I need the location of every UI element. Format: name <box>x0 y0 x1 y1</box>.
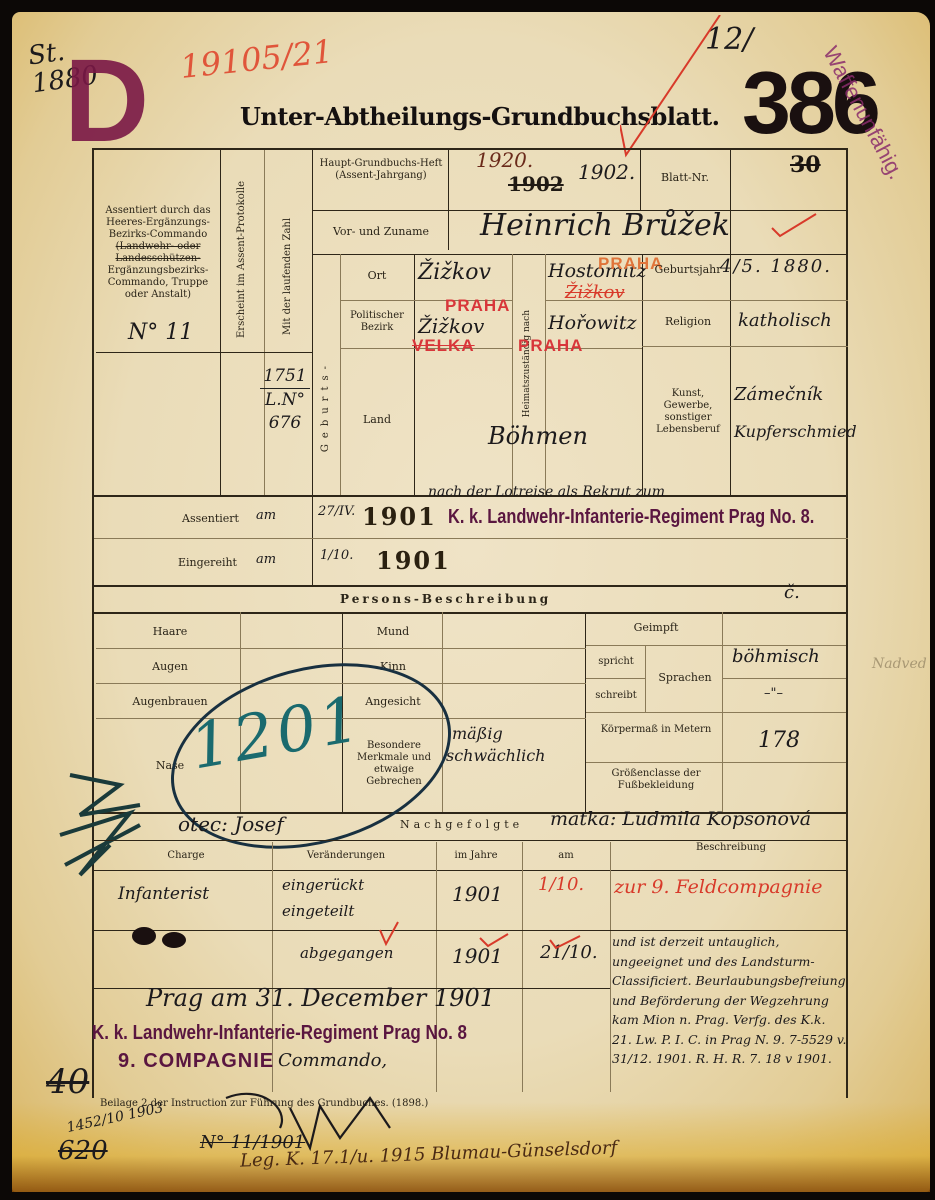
beruf-label: Kunst, Gewerbe, sonstiger Lebensberuf <box>648 388 728 436</box>
nachgefolgte-label: Nachgefolgte <box>400 818 523 831</box>
header-beschreibung: Beschreibung <box>616 842 846 854</box>
divider <box>94 612 848 614</box>
otec-note: otec: Josef <box>178 812 284 836</box>
header-veraenderungen: Veränderungen <box>271 850 421 862</box>
divider <box>545 254 546 496</box>
divider <box>414 254 415 496</box>
blatt-nr-value: 30 <box>790 152 821 178</box>
table-left-border <box>92 148 94 1098</box>
koerpermass-value: 178 <box>758 728 800 753</box>
divider <box>586 762 846 763</box>
ink-blot <box>130 924 190 952</box>
sprachen-value-2: –"– <box>764 686 783 701</box>
religion-value: katholisch <box>738 310 832 331</box>
divider <box>436 842 437 1092</box>
value-line: 1751 <box>260 365 310 388</box>
row1-jahr: 1901 <box>452 882 503 906</box>
divider <box>586 712 846 713</box>
divider <box>96 352 312 353</box>
margin-note: Nadved <box>872 656 927 672</box>
eingereiht-label: Eingereiht <box>178 556 237 569</box>
sprachen-label: Sprachen <box>648 672 722 684</box>
beschreibung-title: Persons-Beschreibung <box>340 592 551 606</box>
heimat-ort-struck: Žižkov <box>565 282 625 303</box>
header-am: am <box>526 850 606 862</box>
assentiert-am: am <box>256 508 276 523</box>
red-checks-row2 <box>370 916 630 956</box>
name-label: Vor- und Zuname <box>318 226 444 238</box>
merkmale-value-2: schwächlich <box>446 746 545 765</box>
heimat-bezirk-stamp: PRAHA <box>518 336 583 356</box>
company-stamp-hand: Commando, <box>278 1050 387 1071</box>
land-label: Land <box>344 414 410 426</box>
label-text: Ergänzungsbezirks-Commando, Truppe oder … <box>108 265 209 300</box>
divider <box>586 678 646 679</box>
left-note-3: 620 <box>58 1136 108 1166</box>
augen-label: Augen <box>100 661 240 673</box>
schreibt-label: schreibt <box>588 690 644 702</box>
divider <box>730 210 731 496</box>
assentiert-stamp: K. k. Landwehr-Infanterie-Regiment Prag … <box>448 506 814 529</box>
red-check-name <box>770 210 820 244</box>
company-stamp-line1: K. k. Landwehr-Infanterie-Regiment Prag … <box>92 1022 467 1045</box>
divider <box>640 150 641 210</box>
haare-label: Haare <box>100 626 240 638</box>
land-value: Böhmen <box>488 422 588 450</box>
bezirk-value: Žižkov <box>418 314 484 338</box>
eingereiht-date: 1/10. <box>320 548 353 563</box>
divider <box>96 648 586 649</box>
divider <box>220 150 221 495</box>
d-stamp: D <box>64 42 140 160</box>
religion-label: Religion <box>648 316 728 328</box>
bezirk-label: Politischer Bezirk <box>344 310 410 334</box>
laufende-zahl-label: Mit der laufenden Zahl <box>282 185 293 335</box>
row1-beschreibung: zur 9. Feldcompagnie <box>614 876 822 898</box>
ort-value: Žižkov <box>418 260 491 285</box>
divider <box>522 842 523 1092</box>
company-stamp-line2: 9. COMPAGNIE <box>118 1050 274 1073</box>
divider <box>94 585 848 587</box>
heimat-label: Heimatszuständig nach <box>522 310 532 417</box>
hauptgrundbuch-hand-value: 1902. <box>578 160 635 184</box>
assentiert-year: 1901 <box>362 502 437 531</box>
divider <box>94 840 848 841</box>
row1-am: 1/10. <box>538 874 584 895</box>
heimat-bezirk-value: Hořowitz <box>548 312 637 334</box>
divider <box>340 254 341 496</box>
table-top-border <box>92 148 848 150</box>
divider <box>312 254 848 255</box>
divider <box>645 646 646 712</box>
value-line: 676 <box>260 412 310 435</box>
spricht-label: spricht <box>588 656 644 668</box>
header-jahr: im Jahre <box>436 850 516 862</box>
divider <box>642 254 643 496</box>
geburts-label: Geburts- <box>320 360 331 452</box>
assentiert-note: nach der Lotreise als Rekrut zum <box>428 484 665 500</box>
divider <box>94 538 848 539</box>
divider <box>642 300 848 301</box>
koerpermass-label: Körpermaß in Metern <box>590 724 722 736</box>
hauptgrundbuch-label: Haupt-Grundbuchs-Heft (Assent-Jahrgang) <box>318 158 444 182</box>
merkmale-value-1: mäßig <box>452 724 503 743</box>
divider <box>642 346 848 347</box>
header-charge: Charge <box>126 850 246 862</box>
bezirk-struck-stamp: VELKA <box>412 336 475 356</box>
divider <box>94 870 848 871</box>
fussbekleidung-label: Größenclasse der Fußbekleidung <box>590 768 722 792</box>
divider <box>512 254 513 496</box>
signature-place-date: Prag am 31. December 1901 <box>146 984 495 1012</box>
hauptgrundbuch-struck-value: 1902 <box>508 172 564 196</box>
divider <box>312 150 313 495</box>
changes-header: Charge Veränderungen im Jahre am Beschre… <box>96 842 846 870</box>
eingereiht-year: 1901 <box>376 546 451 575</box>
erscheint-label: Erscheint im Assent-Protokolle <box>236 178 247 338</box>
eingereiht-am: am <box>256 552 276 567</box>
bezirk-stamp: PRAHA <box>445 296 510 316</box>
geburtsjahr-label: Geburtsjahr <box>648 264 728 276</box>
geimpft-label: Geimpft <box>590 622 722 634</box>
value-line: L.N° <box>260 388 310 412</box>
assentiert-durch-value: N° 11 <box>128 320 193 345</box>
hauptgrundbuch-new-value: 1920. <box>476 148 533 172</box>
struck-text: (Landwehr- oder Landesschützen- <box>115 241 200 264</box>
divider <box>610 842 611 1092</box>
divider <box>264 150 265 495</box>
beschreibung-mark: č. <box>784 582 800 603</box>
divider <box>730 150 731 210</box>
matka-note: matka: Ludmila Kopsonová <box>550 808 811 830</box>
laufende-zahl-value: 1751 L.N° 676 <box>260 365 310 435</box>
mund-label: Mund <box>346 626 440 638</box>
geburtsjahr-value: 4/5. 1880. <box>720 256 832 277</box>
divider <box>312 495 313 585</box>
blatt-nr-label: Blatt-Nr. <box>650 172 720 184</box>
divider <box>722 678 846 679</box>
name-value: Heinrich Brůžek <box>480 208 730 243</box>
assentiert-date: 27/IV. <box>318 504 355 519</box>
row2-beschreibung: und ist derzeit untauglich, ungeeignet u… <box>612 932 848 1069</box>
sprachen-value-1: böhmisch <box>732 646 820 667</box>
assentiert-durch-label: Assentiert durch das Heeres-Ergänzungs-B… <box>96 205 220 301</box>
row1-charge: Infanterist <box>118 884 209 904</box>
ort-label: Ort <box>344 270 410 282</box>
d-stamp-letter: D <box>64 42 140 160</box>
left-note-1: 40 <box>46 1062 89 1102</box>
label-text: Assentiert durch das Heeres-Ergänzungs-B… <box>105 205 210 240</box>
assentiert-label: Assentiert <box>182 512 239 525</box>
beruf-value-2: Kupferschmied <box>734 422 857 441</box>
divider <box>448 150 449 250</box>
beruf-value-1: Zámečník <box>734 384 823 405</box>
